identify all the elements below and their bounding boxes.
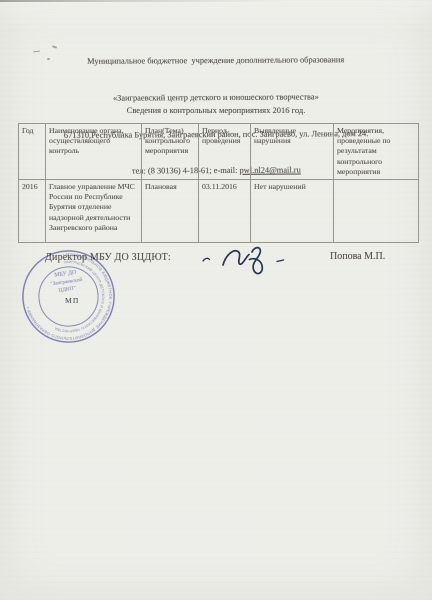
col-header-plan: План(Тема) контрольного мероприятия bbox=[142, 124, 199, 180]
cell-authority: Главное управление МЧС России по Республ… bbox=[46, 180, 142, 243]
col-header-violations: Выявленные нарушения bbox=[251, 124, 334, 180]
cell-violations: Нет нарушений bbox=[251, 180, 334, 243]
col-header-period: Период проведения bbox=[199, 124, 251, 180]
cell-year: 2016 bbox=[19, 180, 46, 243]
table-row: 2016 Главное управление МЧС России по Ре… bbox=[19, 180, 419, 243]
director-name: Попова М.П. bbox=[330, 251, 385, 262]
scan-artifact-top-edge bbox=[0, 0, 300, 2]
col-header-measures: Мероприятия, проведенные по результатам … bbox=[334, 124, 419, 180]
col-header-authority: Наименование органа, осуществляющего кон… bbox=[46, 124, 142, 180]
handwritten-signature bbox=[193, 241, 301, 285]
org-title-line: «Заиграевский центр детского и юношеског… bbox=[0, 91, 432, 106]
document-title: Сведения о контрольных мероприятиях 2016… bbox=[0, 105, 432, 115]
cell-plan: Плановая bbox=[142, 180, 199, 243]
cell-period: 03.11.2016 bbox=[199, 180, 251, 243]
cell-measures bbox=[334, 180, 419, 243]
col-header-year: Год bbox=[19, 124, 46, 180]
scanned-document-page: Муниципальное бюджетное учреждение допол… bbox=[0, 0, 432, 600]
official-round-stamp: • МУНИЦИПАЛЬНОЕ БЮДЖЕТНОЕ УЧРЕЖДЕНИЕ ДОП… bbox=[14, 242, 124, 352]
control-events-table: Год Наименование органа, осуществляющего… bbox=[18, 123, 419, 243]
table-header-row: Год Наименование органа, осуществляющего… bbox=[19, 124, 419, 180]
org-name-line: Муниципальное бюджетное учреждение допол… bbox=[0, 54, 432, 69]
stamp-center-line3: ЦДЮТ" bbox=[58, 286, 77, 294]
